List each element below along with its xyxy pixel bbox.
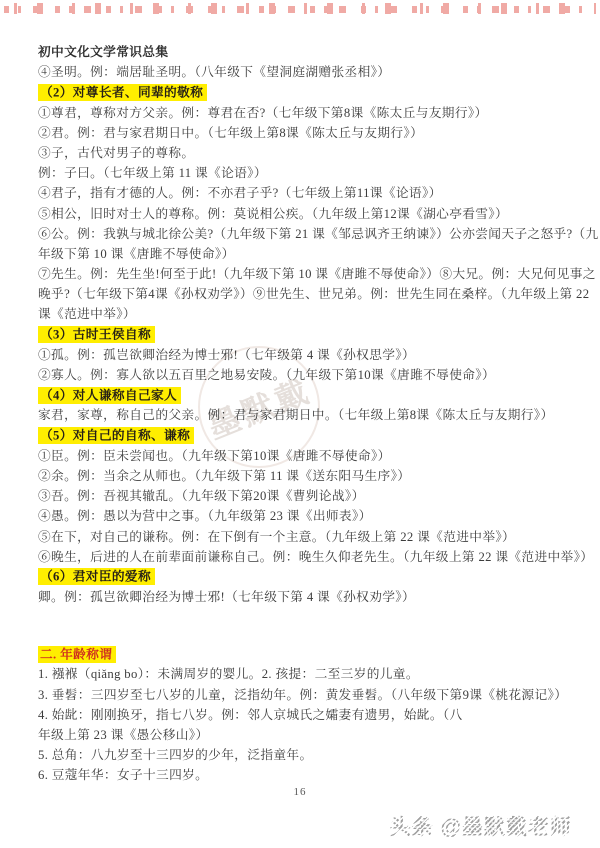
text-line: 年级上第 23 课《愚公移山》） — [38, 725, 583, 745]
text-line: ⑤在下，对自己的谦称。例：在下倒有一个主意。（九年级上第 22 课《范进中举》） — [38, 527, 583, 547]
section-heading-highlight: （5）对自己的自称、谦称 — [38, 427, 194, 444]
text-line: 课《范进中举》） — [38, 304, 583, 324]
section-heading: （4）对人谦称自己家人 — [38, 385, 583, 405]
document-lines: ④圣明。例：端居耻圣明。（八年级下《望洞庭湖赠张丞相》）（2）对尊长者、同辈的敬… — [38, 62, 583, 785]
section-heading: （2）对尊长者、同辈的敬称 — [38, 82, 583, 102]
text-line: ⑦先生。例：先生坐!何至于此!（九年级下第 10 课《唐雎不辱使命》）⑧大兄。例… — [38, 264, 583, 284]
text-line: ⑥晚生，后进的人在前辈面前谦称自己。例：晚生久仰老先生。（九年级上第 22 课《… — [38, 547, 583, 567]
top-red-marks — [4, 3, 596, 15]
section-heading: （6）君对臣的爱称 — [38, 567, 583, 587]
toutiao-watermark: 头条 @墨默戴老师 — [390, 811, 572, 841]
text-line: ⑥公。例：我孰与城北徐公美?（九年级下第 21 课《邹忌讽齐王纳谏》）公亦尝闻天… — [38, 224, 583, 244]
page-number: 16 — [0, 786, 600, 798]
text-line: 卿。例：孤岂欲卿治经为博士邪!（七年级下第 4 课《孙权劝学》） — [38, 587, 583, 607]
text-line: 例：子曰。（七年级上第 11 课《论语》） — [38, 163, 583, 183]
text-line: 晚乎?（七年级下第4课《孙权劝学》）⑨世先生、世兄弟。例：世先生同在桑梓。（九年… — [38, 284, 583, 304]
text-line: ①尊君，尊称对方父亲。例：尊君在否?（七年级下第8课《陈太丘与友期行》） — [38, 103, 583, 123]
text-line: 3. 垂髫：三四岁至七八岁的儿童，泛指幼年。例：黄发垂髫。（八年级下第9课《桃花… — [38, 685, 583, 705]
text-line: 4. 始龀：刚刚换牙，指七八岁。例：邻人京城氏之孀妻有遗男，始龀。（八 — [38, 705, 583, 725]
text-line: ②君。例：君与家君期日中。（七年级上第8课《陈太丘与友期行》） — [38, 123, 583, 143]
text-line: ④君子，指有才德的人。例：不亦君子乎?（七年级上第11课《论语》） — [38, 183, 583, 203]
text-line: ③子，古代对男子的尊称。 — [38, 143, 583, 163]
text-line: ④圣明。例：端居耻圣明。（八年级下《望洞庭湖赠张丞相》） — [38, 62, 583, 82]
section-heading: 二. 年龄称谓 — [38, 644, 583, 664]
text-line: ②寡人。例：寡人欲以五百里之地易安陵。（九年级下第10课《唐雎不辱使命》） — [38, 365, 583, 385]
text-line: 6. 豆蔻年华：女子十三四岁。 — [38, 765, 583, 785]
text-line: 5. 总角：八九岁至十三四岁的少年，泛指童年。 — [38, 745, 583, 765]
section-heading-highlight: （4）对人谦称自己家人 — [38, 387, 181, 404]
document-title: 初中文化文学常识总集 — [38, 42, 583, 62]
section-heading-highlight: （6）君对臣的爱称 — [38, 568, 155, 585]
text-line: ⑤相公，旧时对士人的尊称。例：莫说相公疾。（九年级上第12课《湖心亭看雪》） — [38, 204, 583, 224]
section-heading-highlight: 二. 年龄称谓 — [38, 646, 116, 663]
text-line: ①臣。例：臣未尝闻也。（九年级下第10课《唐雎不辱使命》） — [38, 446, 583, 466]
text-line: ④愚。例：愚以为营中之事。（九年级第 23 课《出师表》） — [38, 506, 583, 526]
text-line: ②余。例：当余之从师也。（九年级下第 11 课《送东阳马生序》） — [38, 466, 583, 486]
text-line: ①孤。例：孤岂欲卿治经为博士邪!（七年级第 4 课《孙权思学》） — [38, 345, 583, 365]
section-heading: （3）古时王侯自称 — [38, 325, 583, 345]
document-body: 初中文化文学常识总集 ④圣明。例：端居耻圣明。（八年级下《望洞庭湖赠张丞相》）（… — [38, 42, 583, 786]
section-heading: （5）对自己的自称、谦称 — [38, 426, 583, 446]
section-heading-highlight: （3）古时王侯自称 — [38, 326, 155, 343]
section-heading-highlight: （2）对尊长者、同辈的敬称 — [38, 84, 207, 101]
text-line: ③吾。例：吾视其辙乱。（九年级下第20课《曹刿论战》） — [38, 486, 583, 506]
text-line: 年级下第 10 课《唐雎不辱使命》） — [38, 244, 583, 264]
section-spacer — [38, 607, 583, 644]
text-line: 1. 襁褓（qiǎng bo）：未满周岁的婴儿。2. 孩提：二至三岁的儿童。 — [38, 664, 583, 684]
text-line: 家君，家尊，称自己的父亲。例：君与家君期日中。（七年级上第8课《陈太丘与友期行》… — [38, 405, 583, 425]
